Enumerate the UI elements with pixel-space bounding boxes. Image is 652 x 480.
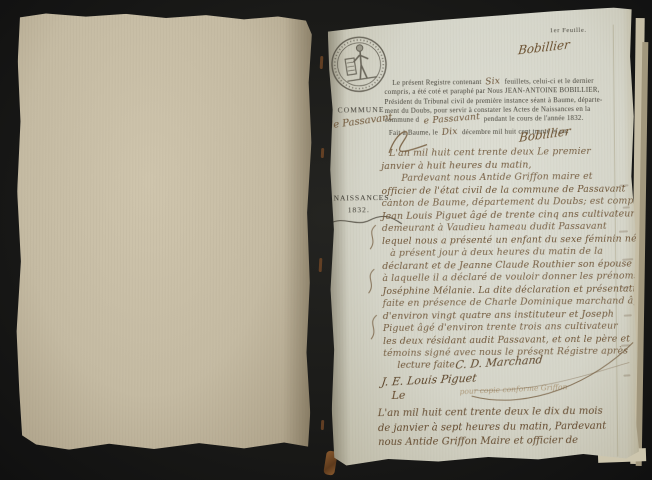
margin-label-year: 1832. [348,205,370,214]
act-line: à présent jour à deux heures du matin de… [382,245,634,260]
feuillets-count-handwritten: Six [485,77,501,87]
left-blank-page [14,11,314,456]
date-blank-handwritten: Dix [442,128,459,139]
act-line: nous Antide Griffon Maire et officier de [378,433,634,450]
register-page: 1er Feuille. Bobillier COMMUNE de Passav… [324,6,643,471]
binding-stitch [319,258,323,272]
ink-bleed-mark [623,374,630,376]
timbre-stamp-icon [328,31,391,100]
act-line: demeurant à Vaudieu hameau dudit Passava… [382,220,634,235]
act-line: à laquelle il a déclaré de vouloir donne… [382,270,634,285]
margin-curl-icon [364,223,383,343]
act-line: Pardevant nous Antide Griffon maire et [381,170,633,185]
birth-act-text: L'an mil huit cent trente deux Le premie… [381,145,635,360]
act-line: canton de Baume, département du Doubs; e… [382,195,634,210]
act-closing: lecture faite. [397,359,458,371]
ink-bleed-mark [623,206,630,208]
next-act-opener: Le [392,389,406,402]
photo-background: 1er Feuille. Bobillier COMMUNE de Passav… [0,0,652,480]
preamble-text: commune d [385,117,420,124]
act-line: faite en présence de Charle Dominique ma… [383,295,635,310]
preamble-text: pendant le cours de l'année 1832. [484,115,584,123]
binding-stitch [321,420,325,430]
binding-stitch [321,148,325,158]
preamble-text: Le présent Registre contenant [392,79,481,87]
binding-stitch [320,56,324,69]
preamble-text: feuillets, celui-ci et le dernier [505,78,594,86]
act-line: de janvier à sept heures du matin, Parde… [378,419,634,436]
signature-swoosh-icon [469,336,638,412]
next-act-text: L'an mil huit cent trente deux le dix du… [378,404,634,450]
folio-label: 1er Feuille. [550,27,587,34]
act-line: L'an mil huit cent trente deux Le premie… [381,145,633,160]
signature-bobillier-top: Bobillier [517,37,570,57]
act-line: Piguet âgé d'environ trente trois ans cu… [383,320,635,335]
